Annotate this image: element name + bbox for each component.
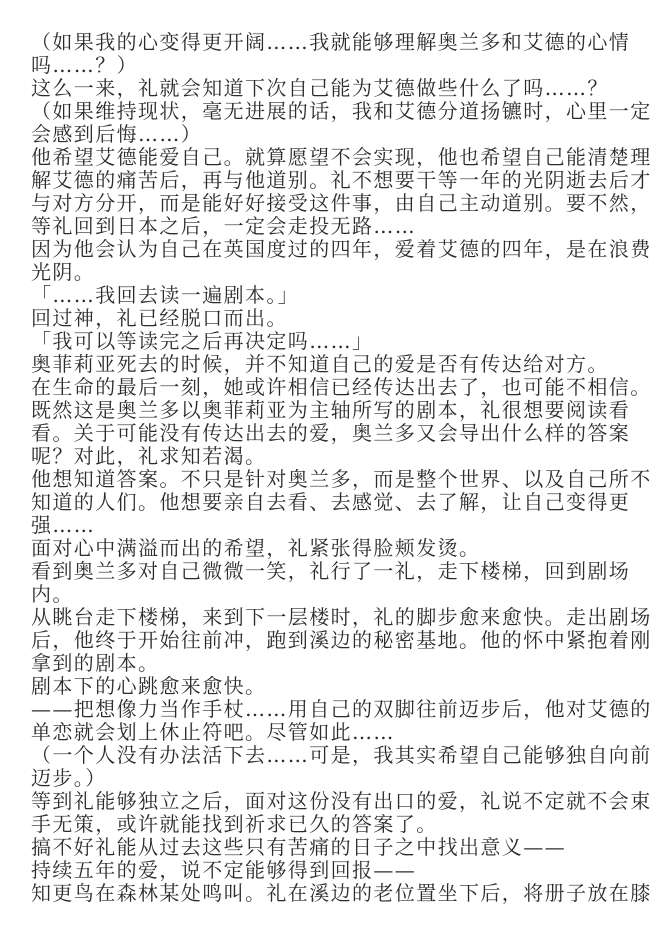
text-line: 「……我回去读一遍剧本。」 — [31, 284, 636, 307]
text-line: 这么一来，礼就会知道下次自己能为艾德做些什么了吗……？ — [31, 77, 636, 100]
page-text: （如果我的心变得更开阔……我就能够理解奥兰多和艾德的心情吗……？）这么一来，礼就… — [31, 31, 636, 905]
text-line: 他想知道答案。不只是针对奥兰多，而是整个世界、以及自己所不 — [31, 468, 636, 491]
text-line: 会感到后悔……） — [31, 123, 636, 146]
text-line: ——把想像力当作手杖……用自己的双脚往前迈步后，他对艾德的 — [31, 698, 636, 721]
text-line: 持续五年的爱，说不定能够得到回报—— — [31, 859, 636, 882]
text-line: 与对方分开，而是能好好接受这件事，由自己主动道别。要不然， — [31, 192, 636, 215]
text-line: 强…… — [31, 514, 636, 537]
text-line: （如果维持现状，毫无进展的话，我和艾德分道扬镳时，心里一定 — [31, 100, 636, 123]
text-line: 知更鸟在森林某处鸣叫。礼在溪边的老位置坐下后，将册子放在膝 — [31, 882, 636, 905]
text-line: 他希望艾德能爱自己。就算愿望不会实现，他也希望自己能清楚理 — [31, 146, 636, 169]
novel-page: （如果我的心变得更开阔……我就能够理解奥兰多和艾德的心情吗……？）这么一来，礼就… — [0, 0, 662, 935]
text-line: 奥菲莉亚死去的时候，并不知道自己的爱是否有传达给对方。 — [31, 353, 636, 376]
text-line: 从眺台走下楼梯，来到下一层楼时，礼的脚步愈来愈快。走出剧场 — [31, 606, 636, 629]
text-line: 回过神，礼已经脱口而出。 — [31, 307, 636, 330]
text-line: 知道的人们。他想要亲自去看、去感觉、去了解，让自己变得更 — [31, 491, 636, 514]
text-line: 吗……？） — [31, 54, 636, 77]
text-line: （如果我的心变得更开阔……我就能够理解奥兰多和艾德的心情 — [31, 31, 636, 54]
text-line: 在生命的最后一刻，她或许相信已经传达出去了，也可能不相信。 — [31, 376, 636, 399]
text-line: 呢？对此，礼求知若渴。 — [31, 445, 636, 468]
text-line: 剧本下的心跳愈来愈快。 — [31, 675, 636, 698]
text-line: 看到奥兰多对自己微微一笑，礼行了一礼，走下楼梯，回到剧场 — [31, 560, 636, 583]
text-line: 因为他会认为自己在英国度过的四年，爱着艾德的四年，是在浪费 — [31, 238, 636, 261]
text-line: 看。关于可能没有传达出去的爱，奥兰多又会导出什么样的答案 — [31, 422, 636, 445]
text-line: 解艾德的痛苦后，再与他道别。礼不想要干等一年的光阴逝去后才 — [31, 169, 636, 192]
text-line: 「我可以等读完之后再决定吗……」 — [31, 330, 636, 353]
text-line: 迈步。） — [31, 767, 636, 790]
text-line: 光阴。 — [31, 261, 636, 284]
text-line: 后，他终于开始往前冲，跑到溪边的秘密基地。他的怀中紧抱着刚 — [31, 629, 636, 652]
text-line: 内。 — [31, 583, 636, 606]
text-line: 单恋就会划上休止符吧。尽管如此…… — [31, 721, 636, 744]
text-line: 等礼回到日本之后，一定会走投无路…… — [31, 215, 636, 238]
text-line: 拿到的剧本。 — [31, 652, 636, 675]
text-line: 面对心中满溢而出的希望，礼紧张得脸颊发烫。 — [31, 537, 636, 560]
text-line: （一个人没有办法活下去……可是，我其实希望自己能够独自向前 — [31, 744, 636, 767]
text-line: 手无策，或许就能找到祈求已久的答案了。 — [31, 813, 636, 836]
text-line: 等到礼能够独立之后，面对这份没有出口的爱，礼说不定就不会束 — [31, 790, 636, 813]
text-line: 搞不好礼能从过去这些只有苦痛的日子之中找出意义—— — [31, 836, 636, 859]
text-line: 既然这是奥兰多以奥菲莉亚为主轴所写的剧本，礼很想要阅读看 — [31, 399, 636, 422]
